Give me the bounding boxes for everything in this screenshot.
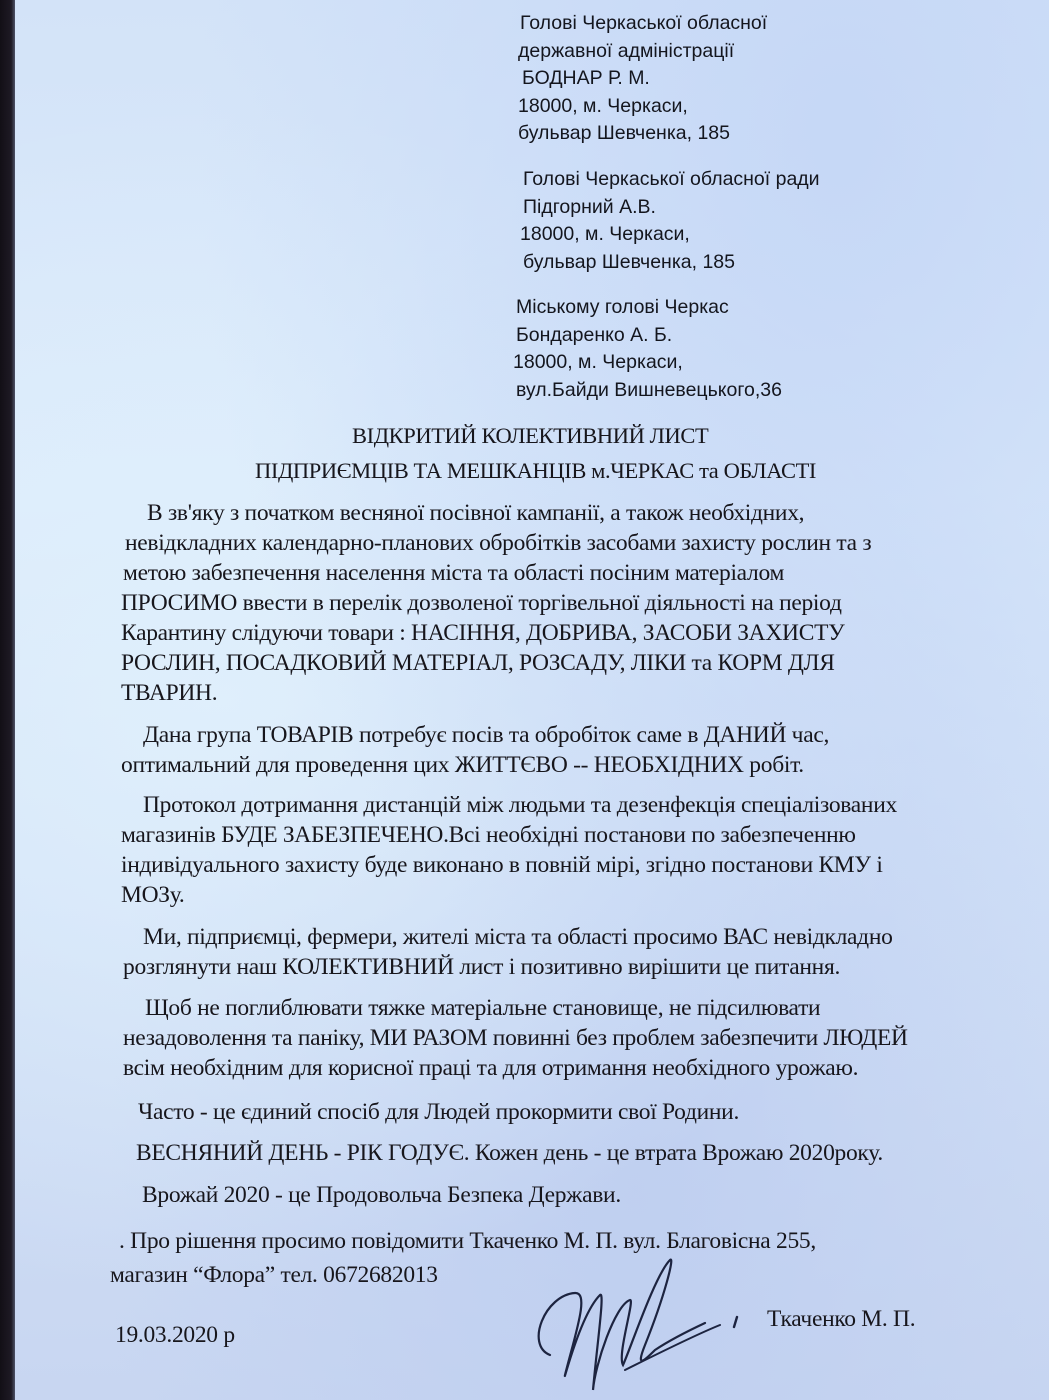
paragraph-5-line: всім необхідним для корисної праці та дл… bbox=[123, 1055, 858, 1082]
paragraph-5-line: незадоволення та паніку, МИ РАЗОМ повинн… bbox=[123, 1025, 908, 1052]
paragraph-1-line: В зв'яку з початком весняної посівної ка… bbox=[147, 500, 804, 527]
paragraph-3-line: МОЗу. bbox=[121, 882, 184, 909]
statement-families: Часто - це єдиний спосіб для Людей проко… bbox=[138, 1099, 739, 1126]
recipient-line: Підгорний А.В. bbox=[520, 194, 820, 222]
paragraph-1-line: РОСЛИН, ПОСАДКОВИЙ МАТЕРІАЛ, РОЗСАДУ, ЛІ… bbox=[121, 650, 835, 677]
paragraph-2-line: Дана група ТОВАРІВ потребує посів та обр… bbox=[143, 722, 829, 749]
signatory-name: Ткаченко М. П. bbox=[767, 1306, 915, 1333]
letter-title-line-2: ПІДПРИЄМЦІВ ТА МЕШКАНЦІВ м.ЧЕРКАС та ОБЛ… bbox=[255, 458, 816, 484]
recipient-line: 18000, м. Черкаси, bbox=[518, 93, 767, 121]
paragraph-3-line: індивідуального захисту буде виконано в … bbox=[121, 852, 883, 879]
recipient-block-regional-administration: Голові Черкаської обласної державної адм… bbox=[518, 10, 767, 148]
recipient-line: 18000, м. Черкаси, bbox=[520, 221, 820, 249]
letter-title-line-1: ВІДКРИТИЙ КОЛЕКТИВНИЙ ЛИСТ bbox=[352, 423, 708, 449]
recipient-line: Голові Черкаської обласної ради bbox=[520, 166, 820, 194]
recipient-line: вул.Байди Вишневецького,36 bbox=[513, 377, 782, 405]
letter-date: 19.03.2020 р bbox=[115, 1322, 235, 1349]
photo-background-edge bbox=[0, 0, 16, 1400]
statement-spring-day: ВЕСНЯНИЙ ДЕНЬ - РІК ГОДУЄ. Кожен день - … bbox=[136, 1140, 883, 1167]
recipient-line: Бондаренко А. Б. bbox=[513, 322, 782, 350]
paragraph-3-line: Протокол дотримання дистанцій між людьми… bbox=[143, 792, 897, 819]
recipient-block-city-mayor: Міському голові Черкас Бондаренко А. Б. … bbox=[513, 294, 782, 404]
recipient-line: Голові Черкаської обласної bbox=[518, 10, 767, 38]
paragraph-4-line: розглянути наш КОЛЕКТИВНИЙ лист і позити… bbox=[123, 954, 840, 981]
handwritten-signature bbox=[505, 1255, 745, 1400]
paragraph-3-line: магазинів БУДЕ ЗАБЕЗПЕЧЕНО.Всі необхідні… bbox=[121, 822, 856, 849]
statement-food-security: Врожай 2020 - це Продовольча Безпека Дер… bbox=[142, 1182, 621, 1209]
paragraph-1-line: Карантину слідуючи товари : НАСІННЯ, ДОБ… bbox=[121, 620, 844, 647]
recipient-line: 18000, м. Черкаси, bbox=[513, 349, 782, 377]
paragraph-2-line: оптимальний для проведення цих ЖИТТЄВО -… bbox=[121, 752, 804, 779]
paragraph-1-line: ПРОСИМО ввести в перелік дозволеної торг… bbox=[121, 590, 842, 617]
recipient-line: БОДНАР Р. М. bbox=[518, 65, 767, 93]
paragraph-1-line: метою забезпечення населення міста та об… bbox=[123, 560, 784, 587]
recipient-line: бульвар Шевченка, 185 bbox=[518, 120, 767, 148]
paragraph-1-line: ТВАРИН. bbox=[121, 680, 217, 707]
recipient-block-regional-council: Голові Черкаської обласної ради Підгорни… bbox=[520, 166, 820, 276]
paragraph-4-line: Ми, підприємці, фермери, жителі міста та… bbox=[143, 924, 893, 951]
recipient-line: державної адміністрації bbox=[518, 38, 767, 66]
paragraph-1-line: невідкладних календарно-планових обробіт… bbox=[125, 530, 871, 557]
paragraph-5-line: Щоб не поглиблювати тяжке матеріальне ст… bbox=[145, 995, 820, 1022]
contact-line-1: . Про рішення просимо повідомити Ткаченк… bbox=[119, 1228, 816, 1255]
recipient-line: бульвар Шевченка, 185 bbox=[520, 249, 820, 277]
contact-line-2: магазин “Флора” тел. 0672682013 bbox=[110, 1262, 438, 1289]
recipient-line: Міському голові Черкас bbox=[513, 294, 782, 322]
